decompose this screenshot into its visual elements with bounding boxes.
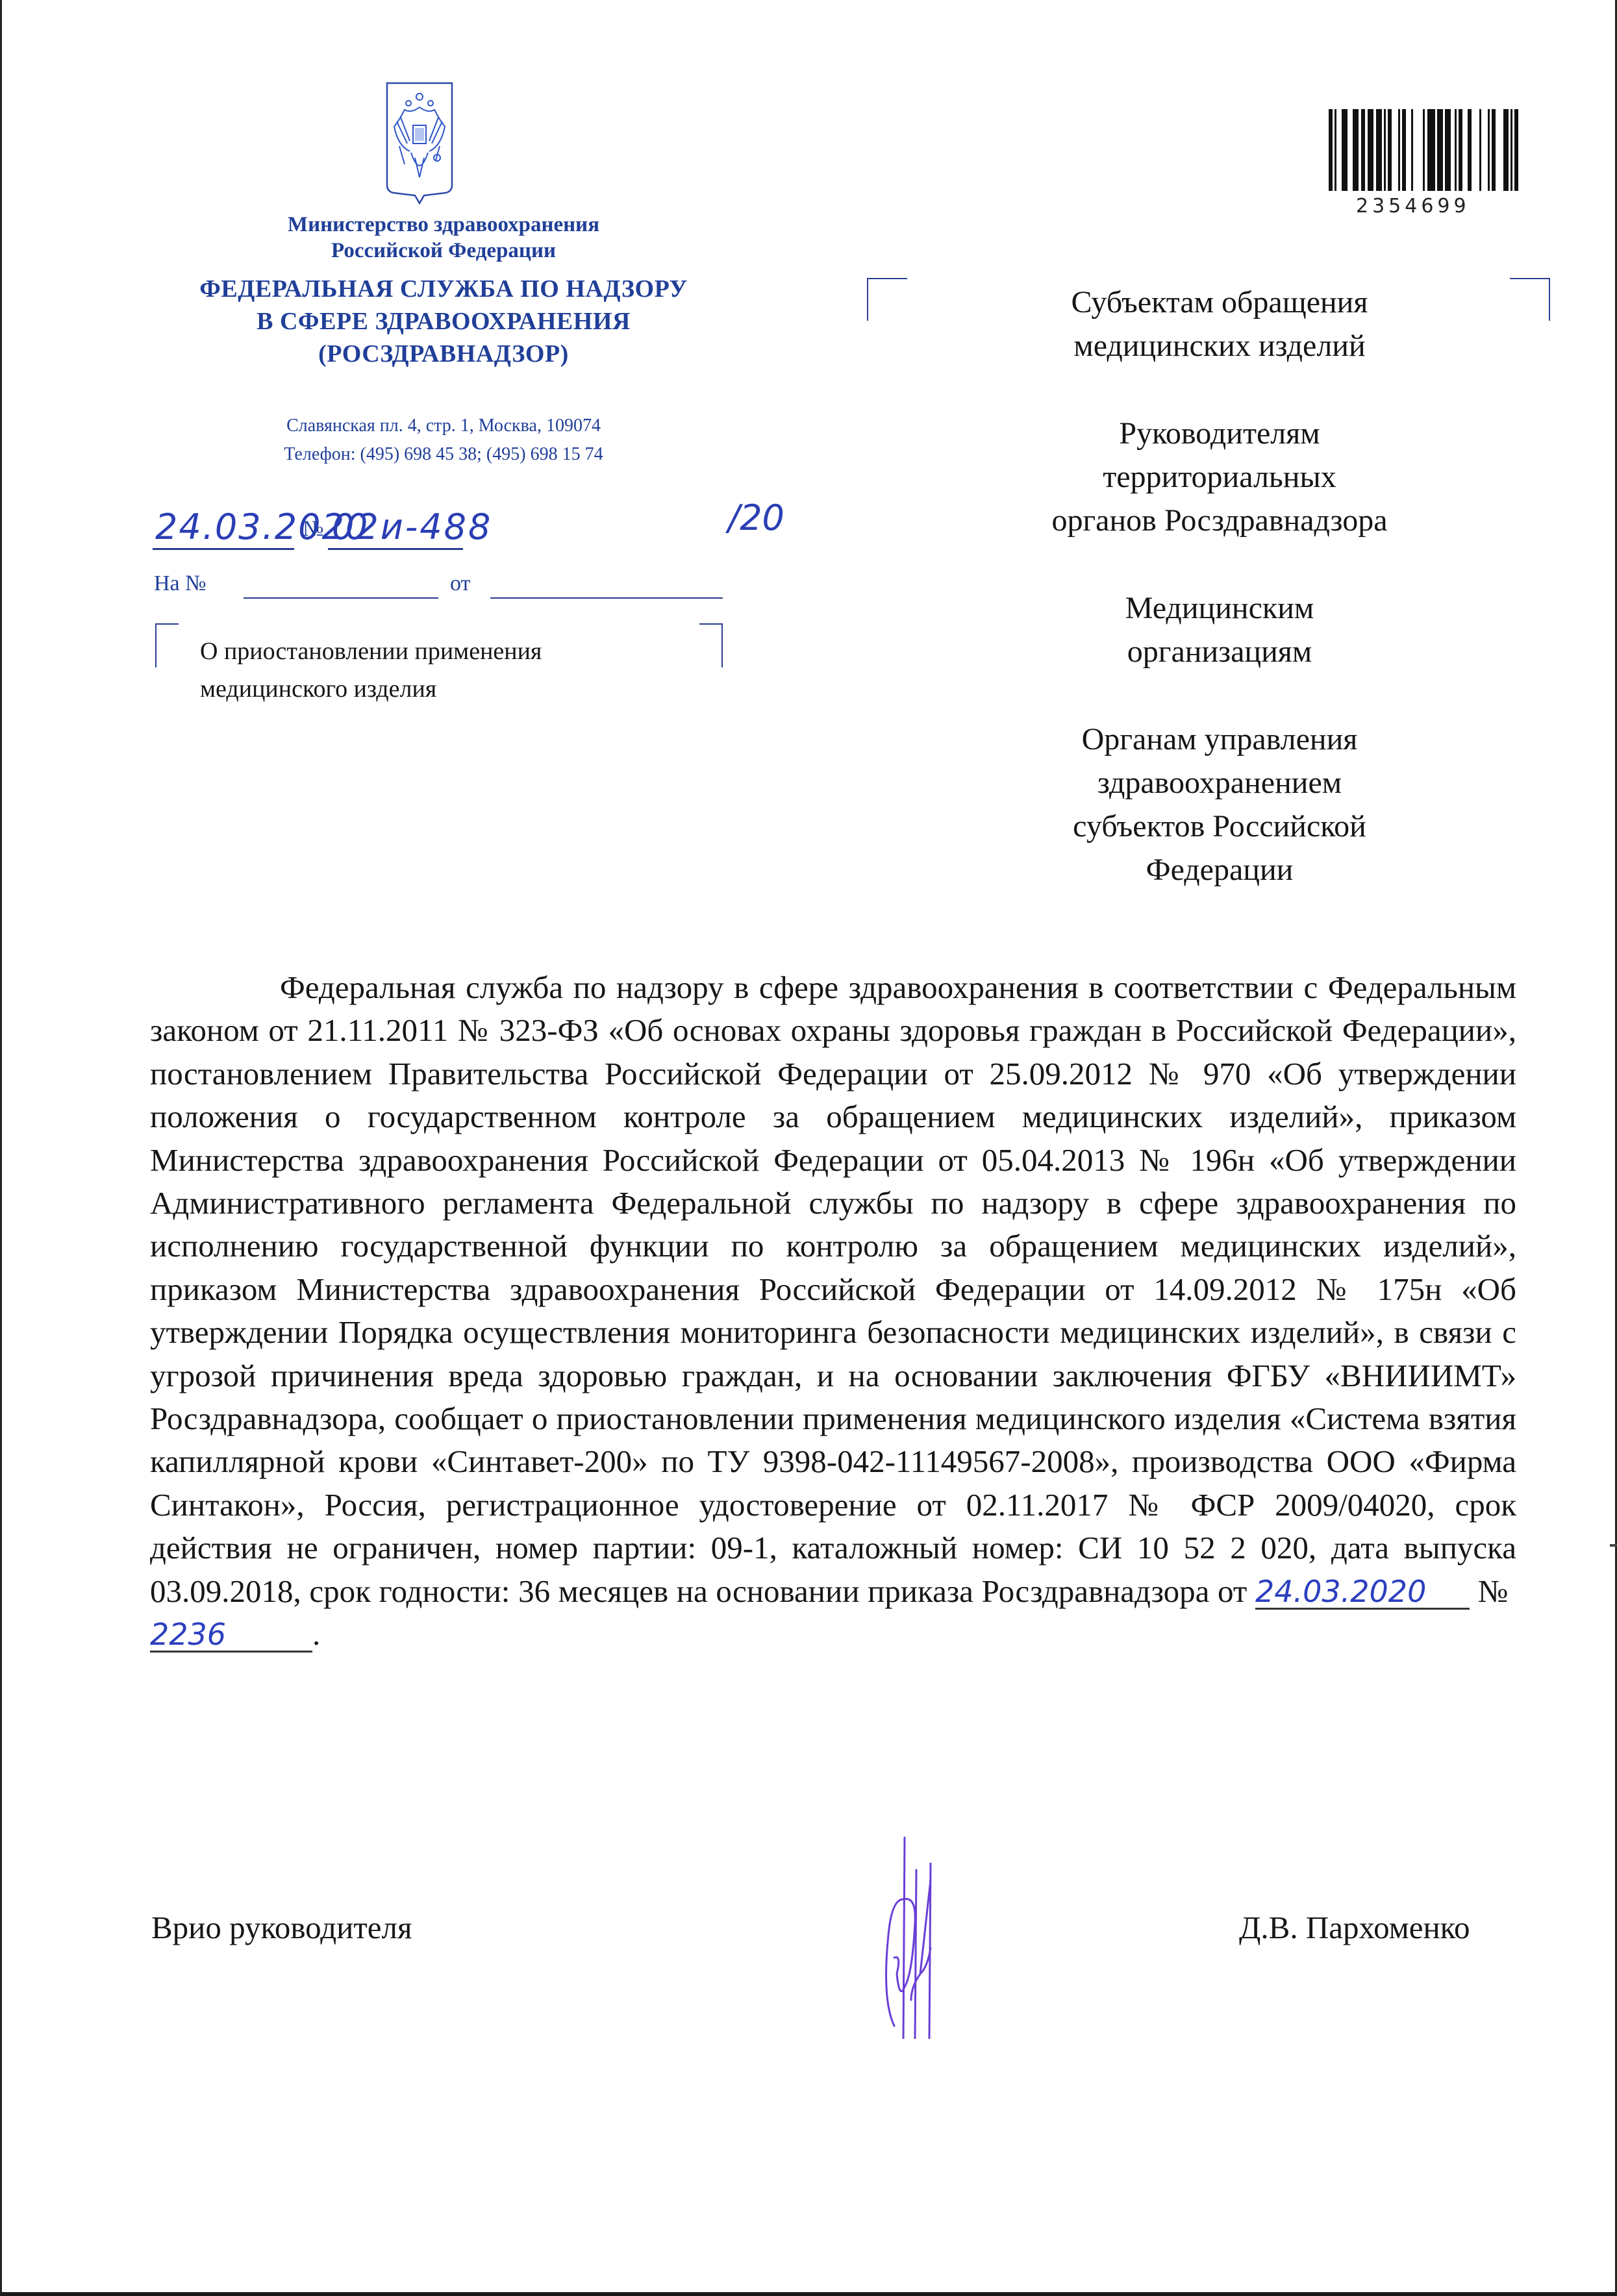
recipient-bracket-right bbox=[1510, 278, 1550, 321]
phone: Телефон: (495) 698 45 38; (495) 698 15 7… bbox=[151, 440, 736, 469]
number-underline bbox=[328, 548, 463, 550]
recipient-line: субъектов Российской bbox=[963, 805, 1476, 848]
recipient-bracket-left bbox=[867, 278, 907, 321]
signature-mark bbox=[866, 1831, 1034, 2039]
reply-number-field bbox=[244, 597, 438, 599]
reply-number-label: На № bbox=[154, 571, 207, 596]
reply-date-field bbox=[490, 597, 723, 599]
order-date-handwritten: 24.03.2020 bbox=[1255, 1575, 1470, 1610]
recipient-group-4: Органам управления здравоохранением субъ… bbox=[963, 717, 1476, 892]
service-name-line2: В СФЕРЕ ЗДРАВООХРАНЕНИЯ bbox=[151, 305, 736, 338]
order-number-handwritten: 2236 bbox=[150, 1618, 312, 1653]
signer-position: Врио руководителя bbox=[151, 1909, 412, 1946]
recipient-line: Руководителям bbox=[963, 412, 1476, 455]
order-number-sign: № bbox=[1478, 1573, 1509, 1609]
address: Славянская пл. 4, стр. 1, Москва, 109074 bbox=[151, 412, 736, 440]
subject-line2: медицинского изделия bbox=[200, 670, 436, 708]
recipient-line: медицинских изделий bbox=[963, 324, 1476, 368]
recipient-group-2: Руководителям территориальных органов Ро… bbox=[963, 412, 1476, 542]
recipient-line: здравоохранением bbox=[963, 761, 1476, 805]
reply-from-label: от bbox=[450, 571, 470, 596]
registration-suffix: /20 bbox=[728, 497, 784, 538]
ministry-name-line2: Российской Федерации bbox=[151, 238, 736, 264]
body-paragraph: Федеральная служба по надзору в сфере зд… bbox=[150, 966, 1516, 1656]
recipients-block: Субъектам обращения медицинских изделий … bbox=[963, 281, 1476, 936]
scan-edge-mark bbox=[1610, 1544, 1617, 1547]
recipient-group-3: Медицинским организациям bbox=[963, 586, 1476, 673]
body-end: . bbox=[312, 1616, 320, 1652]
service-name-line1: ФЕДЕРАЛЬНАЯ СЛУЖБА ПО НАДЗОРУ bbox=[151, 273, 736, 305]
subject-bracket-right bbox=[699, 623, 723, 668]
signer-name: Д.В. Пархоменко bbox=[1239, 1909, 1470, 1946]
document-page: Министерство здравоохранения Российской … bbox=[0, 0, 1617, 2296]
recipient-line: Субъектам обращения bbox=[963, 281, 1476, 324]
barcode bbox=[1329, 109, 1523, 191]
date-underline bbox=[153, 548, 294, 550]
recipient-line: организациям bbox=[963, 630, 1476, 673]
recipient-line: Органам управления bbox=[963, 717, 1476, 761]
recipient-line: территориальных bbox=[963, 455, 1476, 499]
subject-bracket-left bbox=[155, 623, 179, 668]
recipient-line: Федерации bbox=[963, 848, 1476, 892]
ministry-name-line1: Министерство здравоохранения bbox=[151, 212, 736, 238]
coat-of-arms-icon bbox=[385, 81, 454, 205]
subject-line1: О приостановлении применения bbox=[200, 632, 542, 670]
letter-body: Федеральная служба по надзору в сфере зд… bbox=[150, 966, 1516, 1656]
recipient-line: Медицинским bbox=[963, 586, 1476, 630]
body-text: Федеральная служба по надзору в сфере зд… bbox=[150, 969, 1516, 1609]
number-sign: № bbox=[303, 517, 323, 542]
recipient-group-1: Субъектам обращения медицинских изделий bbox=[963, 281, 1476, 368]
registration-number: 02и-488 bbox=[332, 506, 492, 547]
barcode-number: 2354699 bbox=[1356, 195, 1470, 218]
service-name-line3: (РОСЗДРАВНАДЗОР) bbox=[151, 338, 736, 370]
recipient-line: органов Росздравнадзора bbox=[963, 499, 1476, 542]
